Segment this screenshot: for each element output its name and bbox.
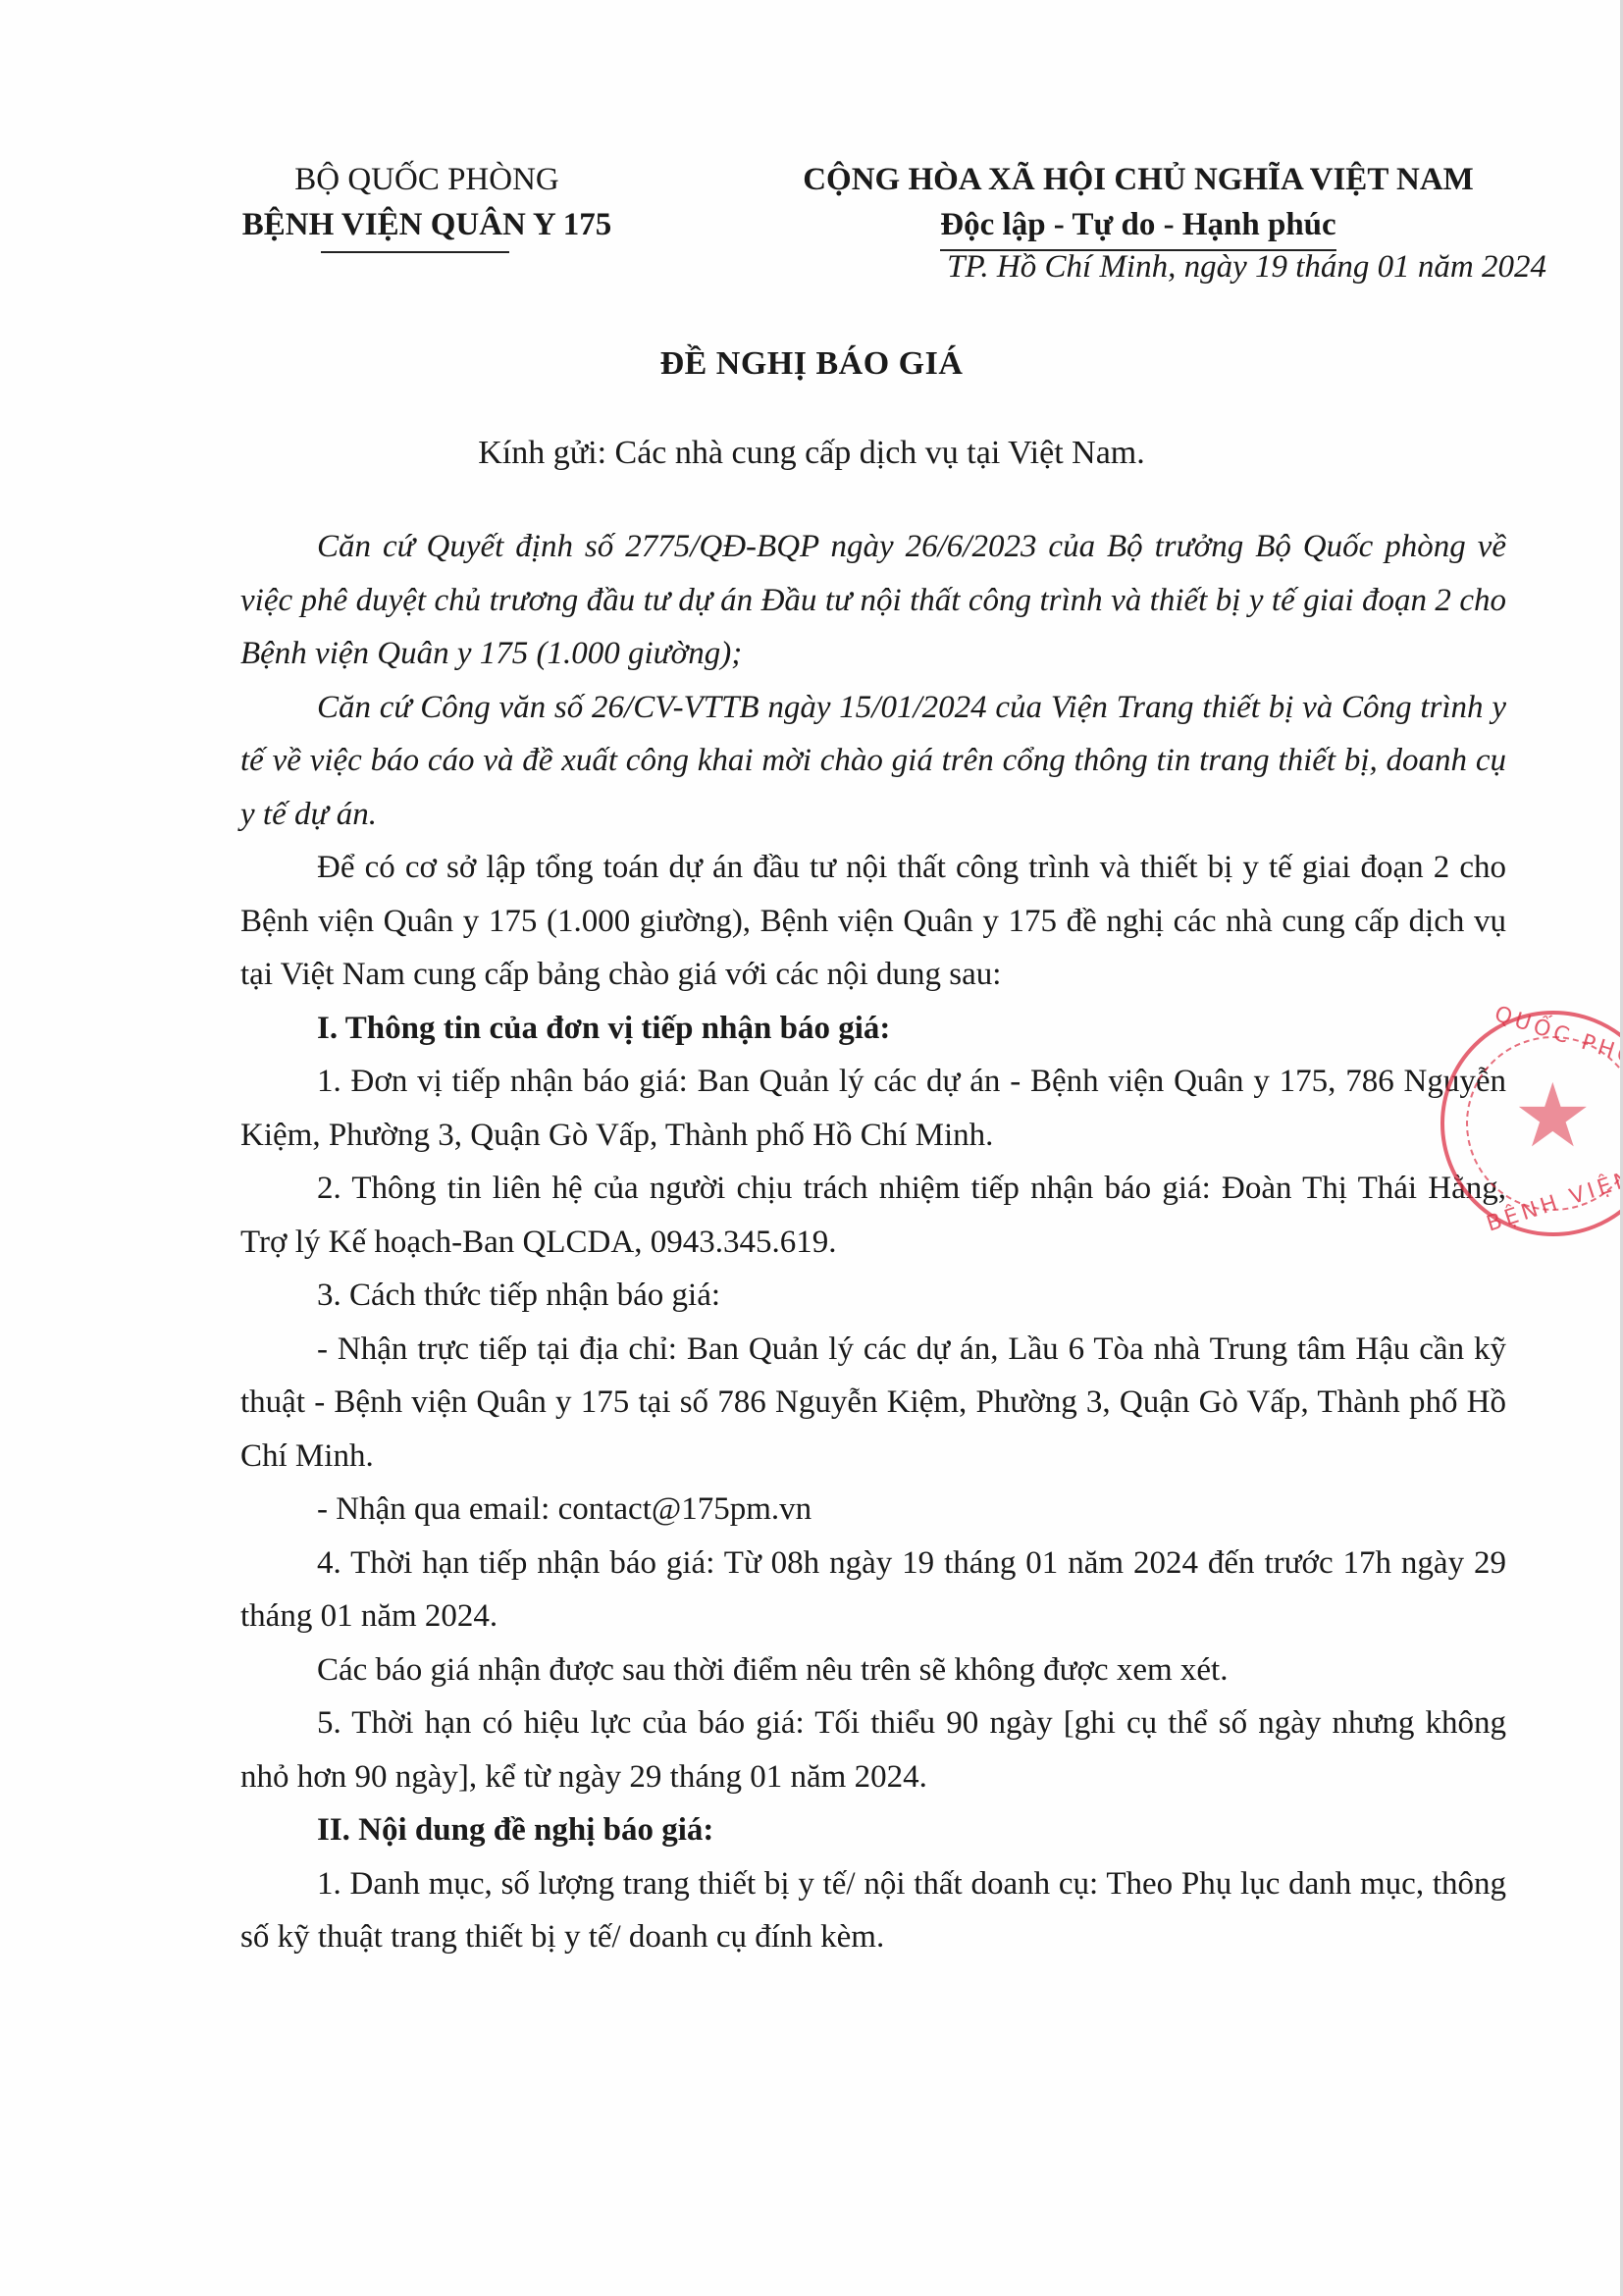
document-title: ĐỀ NGHỊ BÁO GIÁ xyxy=(0,345,1623,383)
section-1-heading: I. Thông tin của đơn vị tiếp nhận báo gi… xyxy=(240,1002,1506,1056)
section-1-item: 3. Cách thức tiếp nhận báo giá: xyxy=(240,1269,1506,1323)
unit-underline xyxy=(321,251,509,253)
recipient-line: Kính gửi: Các nhà cung cấp dịch vụ tại V… xyxy=(0,435,1623,472)
section-1-item: 5. Thời hạn có hiệu lực của báo giá: Tối… xyxy=(240,1696,1506,1803)
legal-basis-1: Căn cứ Quyết định số 2775/QĐ-BQP ngày 26… xyxy=(240,520,1506,681)
section-1-item: 4. Thời hạn tiếp nhận báo giá: Từ 08h ng… xyxy=(240,1537,1506,1644)
section-2-heading: II. Nội dung đề nghị báo giá: xyxy=(240,1803,1506,1857)
section-2-item: 1. Danh mục, số lượng trang thiết bị y t… xyxy=(240,1857,1506,1964)
document-body: Căn cứ Quyết định số 2775/QĐ-BQP ngày 26… xyxy=(240,520,1506,1964)
document-page: BỘ QUỐC PHÒNG BỆNH VIỆN QUÂN Y 175 CỘNG … xyxy=(0,0,1623,2296)
star-icon: ★ xyxy=(1513,1073,1593,1162)
agency-name: BỘ QUỐC PHÒNG xyxy=(196,157,657,202)
section-1-item: 2. Thông tin liên hệ của người chịu trác… xyxy=(240,1162,1506,1269)
section-1-item: - Nhận trực tiếp tại địa chỉ: Ban Quản l… xyxy=(240,1323,1506,1484)
country-name: CỘNG HÒA XÃ HỘI CHỦ NGHĨA VIỆT NAM xyxy=(726,157,1550,202)
place-date: TP. Hồ Chí Minh, ngày 19 tháng 01 năm 20… xyxy=(947,249,1546,286)
national-motto-block: CỘNG HÒA XÃ HỘI CHỦ NGHĨA VIỆT NAM Độc l… xyxy=(726,157,1550,251)
intro-paragraph: Để có cơ sở lập tổng toán dự án đầu tư n… xyxy=(240,841,1506,1002)
issuing-authority-block: BỘ QUỐC PHÒNG BỆNH VIỆN QUÂN Y 175 xyxy=(196,157,657,247)
motto: Độc lập - Tự do - Hạnh phúc xyxy=(940,202,1335,251)
unit-name: BỆNH VIỆN QUÂN Y 175 xyxy=(196,202,657,247)
section-1-note: Các báo giá nhận được sau thời điểm nêu … xyxy=(240,1644,1506,1697)
legal-basis-2: Căn cứ Công văn số 26/CV-VTTB ngày 15/01… xyxy=(240,681,1506,842)
section-1-item-email: - Nhận qua email: contact@175pm.vn xyxy=(240,1483,1506,1537)
section-1-item: 1. Đơn vị tiếp nhận báo giá: Ban Quản lý… xyxy=(240,1055,1506,1162)
